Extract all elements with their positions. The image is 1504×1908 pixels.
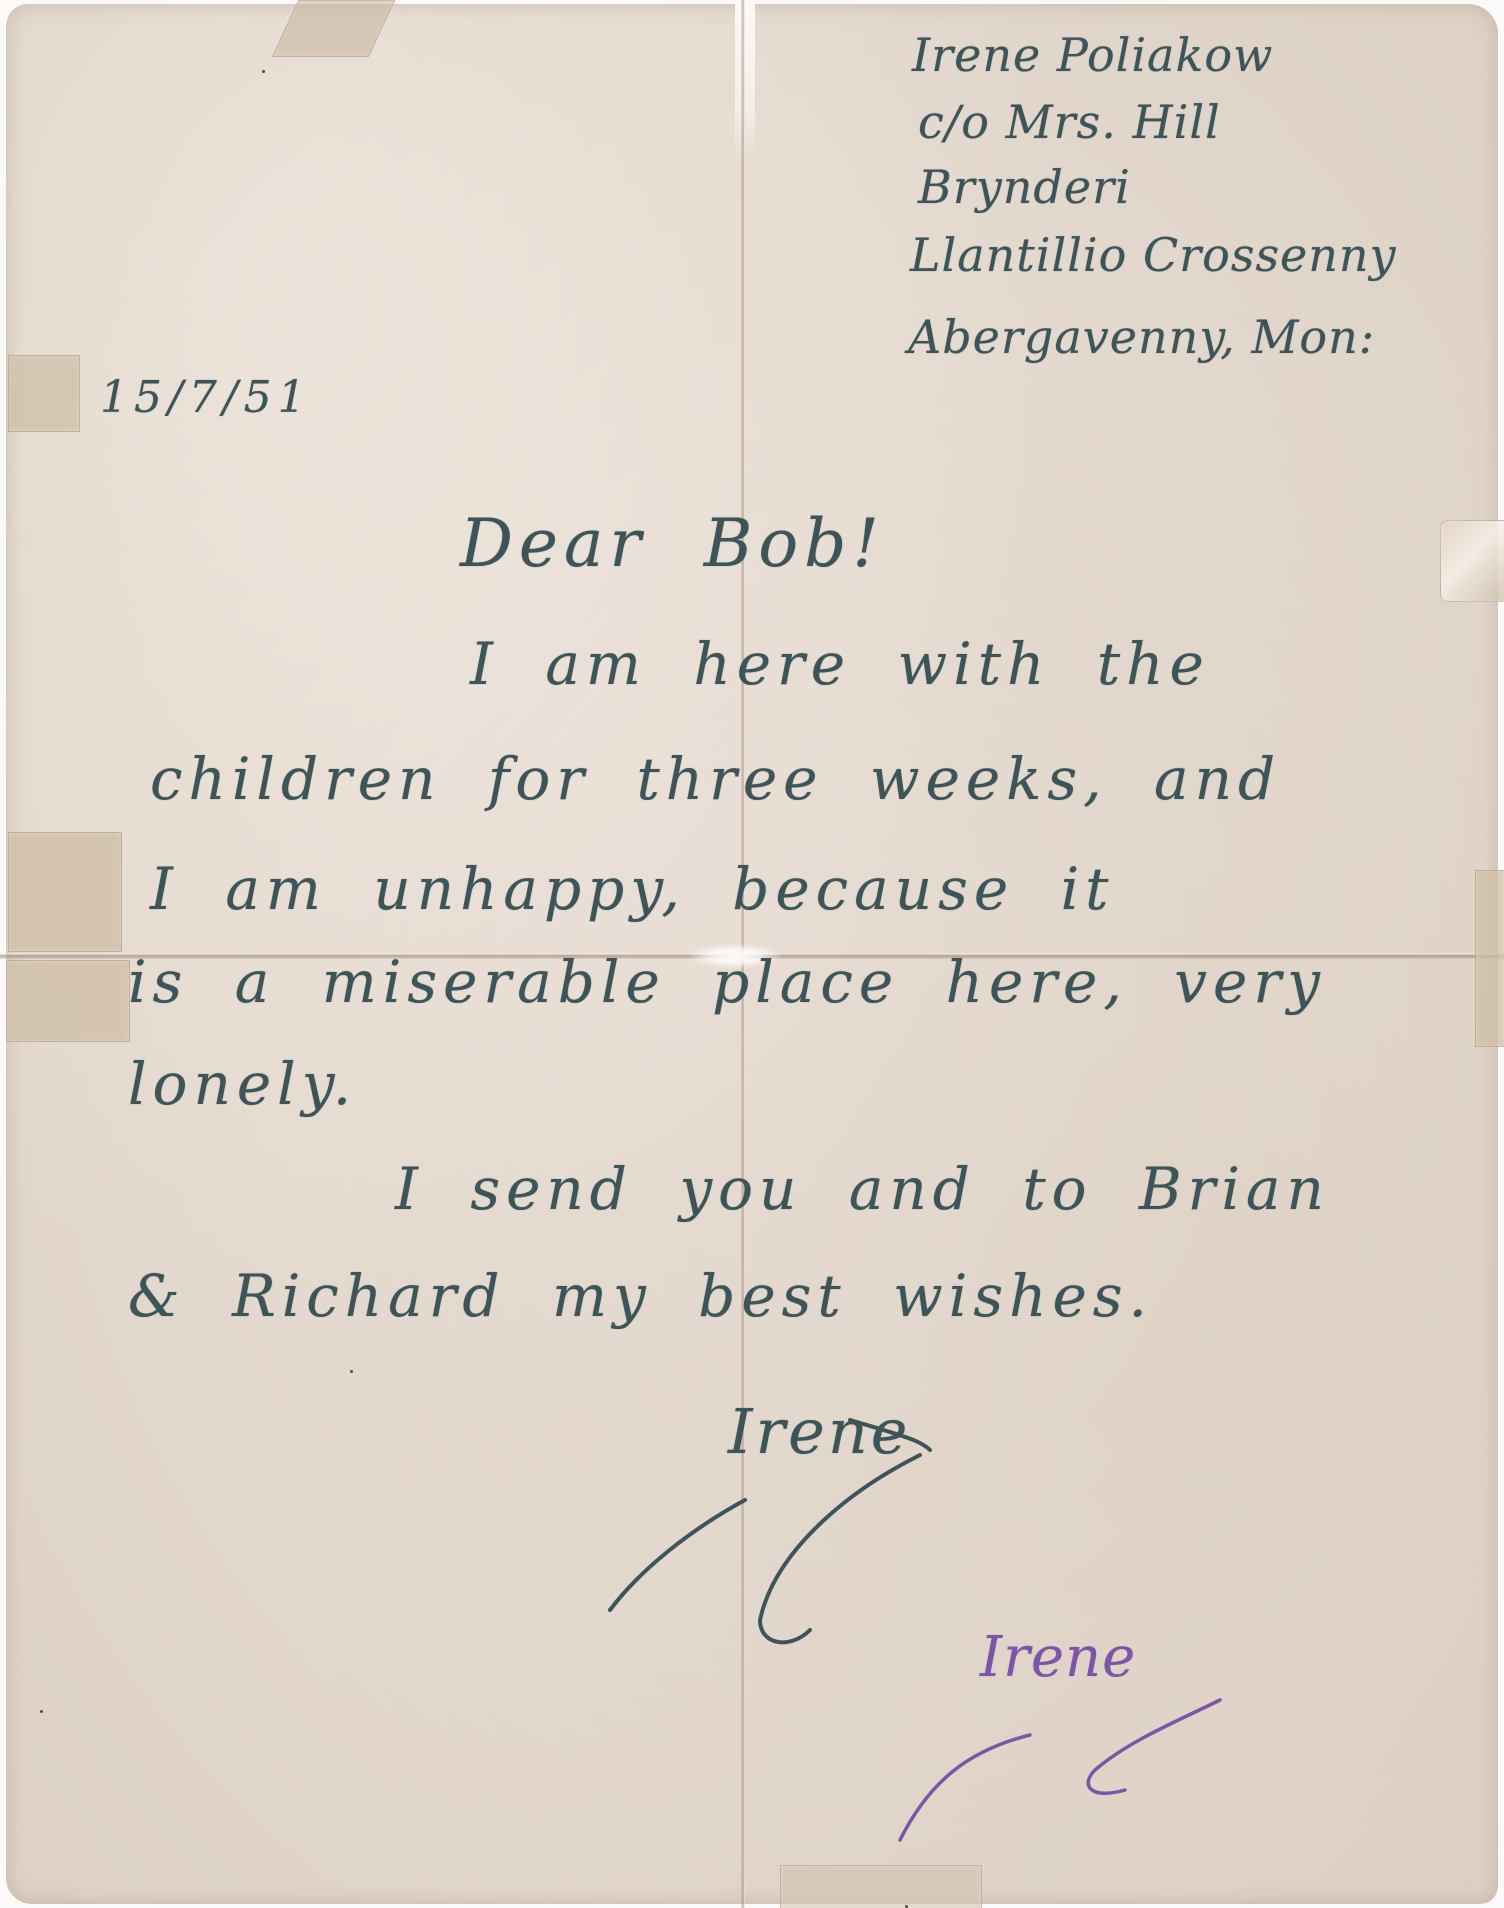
purple-signature-flourish-icon bbox=[880, 1640, 1240, 1860]
paper-speck bbox=[262, 70, 265, 73]
address-line-village: Llantillio Crossenny bbox=[910, 228, 1397, 282]
torn-notch-top bbox=[735, 0, 755, 160]
body-line-2: children for three weeks, and bbox=[150, 745, 1281, 813]
address-line-care-of: c/o Mrs. Hill bbox=[918, 95, 1221, 149]
paper-speck bbox=[40, 1710, 43, 1713]
tape-strip-right-middle bbox=[1475, 870, 1504, 1047]
body-line-3: I am unhappy, because it bbox=[150, 855, 1114, 923]
address-line-house: Brynderi bbox=[918, 160, 1131, 214]
body-line-1: I am here with the bbox=[470, 630, 1210, 698]
tape-strip-left-middle-a bbox=[8, 832, 122, 952]
tape-strip-left-upper bbox=[8, 355, 80, 432]
body-line-7: & Richard my best wishes. bbox=[128, 1262, 1153, 1330]
address-line-town: Abergavenny, Mon: bbox=[908, 310, 1375, 364]
tape-strip-bottom-center bbox=[780, 1865, 982, 1908]
address-line-name: Irene Poliakow bbox=[912, 28, 1273, 82]
body-line-6: I send you and to Brian bbox=[395, 1155, 1330, 1223]
paper-speck bbox=[350, 1370, 353, 1373]
letter-greeting: Dear Bob! bbox=[460, 505, 885, 582]
tape-strip-left-middle-b bbox=[6, 960, 130, 1042]
tape-strip-right-upper bbox=[1440, 520, 1504, 602]
body-line-4: is a miserable place here, very bbox=[128, 948, 1326, 1016]
letter-date: 15/7/51 bbox=[100, 372, 312, 423]
body-line-5: lonely. bbox=[128, 1050, 357, 1118]
